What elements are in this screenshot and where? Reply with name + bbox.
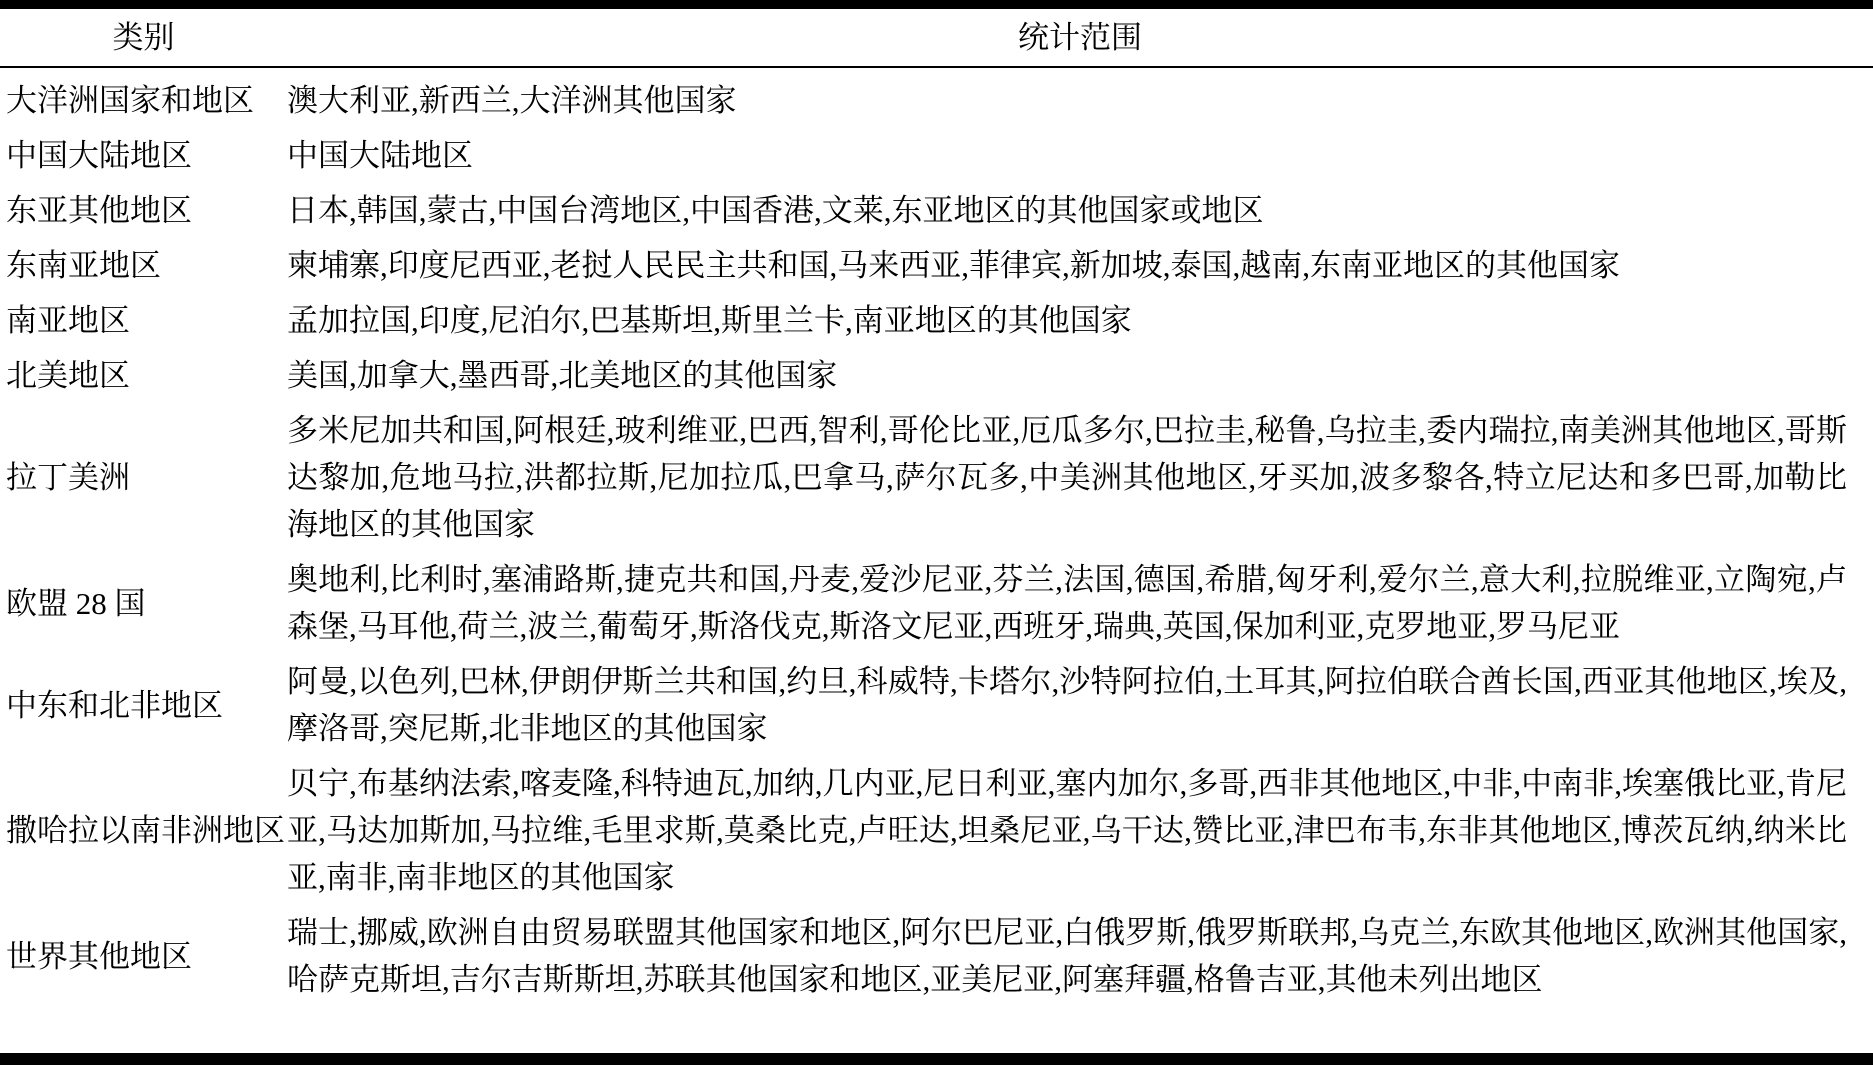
category-cell: 大洋洲国家和地区	[0, 67, 287, 128]
document-page: 类别 统计范围 大洋洲国家和地区 澳大利亚,新西兰,大洋洲其他国家 中国大陆地区…	[0, 0, 1873, 1065]
scope-cell: 多米尼加共和国,阿根廷,玻利维亚,巴西,智利,哥伦比亚,厄瓜多尔,巴拉圭,秘鲁,…	[287, 403, 1873, 552]
header-category: 类别	[0, 9, 287, 67]
scope-cell: 孟加拉国,印度,尼泊尔,巴基斯坦,斯里兰卡,南亚地区的其他国家	[287, 293, 1873, 348]
category-cell: 东南亚地区	[0, 238, 287, 293]
header-row: 类别 统计范围	[0, 9, 1873, 67]
table-row: 北美地区 美国,加拿大,墨西哥,北美地区的其他国家	[0, 348, 1873, 403]
statistics-scope-table: 类别 统计范围 大洋洲国家和地区 澳大利亚,新西兰,大洋洲其他国家 中国大陆地区…	[0, 9, 1873, 1007]
scope-cell: 瑞士,挪威,欧洲自由贸易联盟其他国家和地区,阿尔巴尼亚,白俄罗斯,俄罗斯联邦,乌…	[287, 905, 1873, 1007]
header-scope: 统计范围	[287, 9, 1873, 67]
scope-cell: 日本,韩国,蒙古,中国台湾地区,中国香港,文莱,东亚地区的其他国家或地区	[287, 183, 1873, 238]
table-row: 中东和北非地区 阿曼,以色列,巴林,伊朗伊斯兰共和国,约旦,科威特,卡塔尔,沙特…	[0, 654, 1873, 756]
category-cell: 拉丁美洲	[0, 403, 287, 552]
category-cell: 世界其他地区	[0, 905, 287, 1007]
scope-cell: 中国大陆地区	[287, 128, 1873, 183]
category-cell: 中东和北非地区	[0, 654, 287, 756]
table-row: 中国大陆地区 中国大陆地区	[0, 128, 1873, 183]
scope-cell: 奥地利,比利时,塞浦路斯,捷克共和国,丹麦,爱沙尼亚,芬兰,法国,德国,希腊,匈…	[287, 552, 1873, 654]
table-row: 世界其他地区 瑞士,挪威,欧洲自由贸易联盟其他国家和地区,阿尔巴尼亚,白俄罗斯,…	[0, 905, 1873, 1007]
table-row: 撒哈拉以南非洲地区 贝宁,布基纳法索,喀麦隆,科特迪瓦,加纳,几内亚,尼日利亚,…	[0, 756, 1873, 905]
scope-cell: 美国,加拿大,墨西哥,北美地区的其他国家	[287, 348, 1873, 403]
scope-cell: 阿曼,以色列,巴林,伊朗伊斯兰共和国,约旦,科威特,卡塔尔,沙特阿拉伯,土耳其,…	[287, 654, 1873, 756]
category-cell: 北美地区	[0, 348, 287, 403]
scope-cell: 澳大利亚,新西兰,大洋洲其他国家	[287, 67, 1873, 128]
table-row: 东南亚地区 柬埔寨,印度尼西亚,老挝人民民主共和国,马来西亚,菲律宾,新加坡,泰…	[0, 238, 1873, 293]
table-row: 欧盟 28 国 奥地利,比利时,塞浦路斯,捷克共和国,丹麦,爱沙尼亚,芬兰,法国…	[0, 552, 1873, 654]
scope-cell: 贝宁,布基纳法索,喀麦隆,科特迪瓦,加纳,几内亚,尼日利亚,塞内加尔,多哥,西非…	[287, 756, 1873, 905]
category-cell: 中国大陆地区	[0, 128, 287, 183]
category-cell: 撒哈拉以南非洲地区	[0, 756, 287, 905]
category-cell: 东亚其他地区	[0, 183, 287, 238]
table-row: 拉丁美洲 多米尼加共和国,阿根廷,玻利维亚,巴西,智利,哥伦比亚,厄瓜多尔,巴拉…	[0, 403, 1873, 552]
category-cell: 欧盟 28 国	[0, 552, 287, 654]
table-row: 东亚其他地区 日本,韩国,蒙古,中国台湾地区,中国香港,文莱,东亚地区的其他国家…	[0, 183, 1873, 238]
scope-cell: 柬埔寨,印度尼西亚,老挝人民民主共和国,马来西亚,菲律宾,新加坡,泰国,越南,东…	[287, 238, 1873, 293]
category-cell: 南亚地区	[0, 293, 287, 348]
table-row: 南亚地区 孟加拉国,印度,尼泊尔,巴基斯坦,斯里兰卡,南亚地区的其他国家	[0, 293, 1873, 348]
table-row: 大洋洲国家和地区 澳大利亚,新西兰,大洋洲其他国家	[0, 67, 1873, 128]
